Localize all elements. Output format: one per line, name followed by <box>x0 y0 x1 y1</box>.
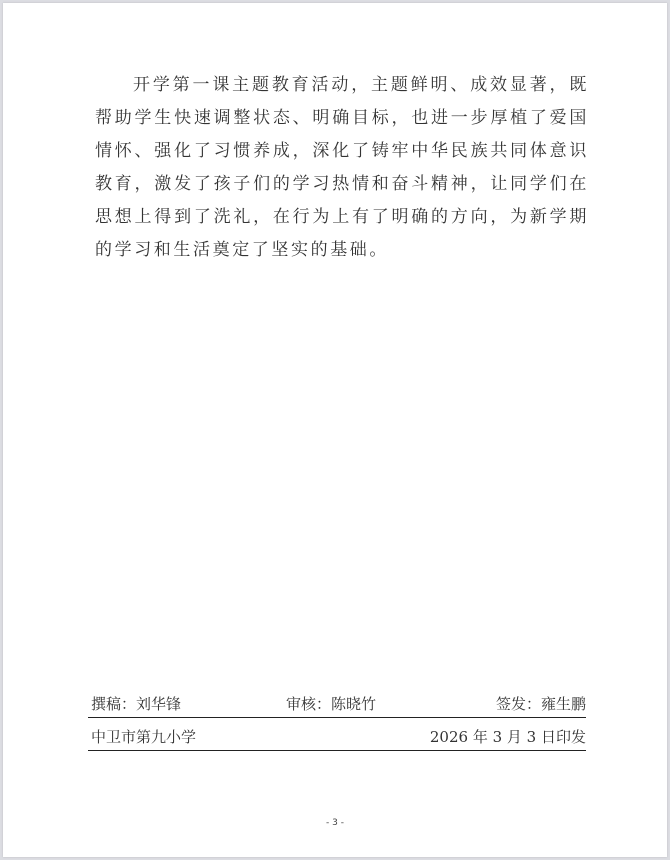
issuer-label: 签发：雍生鹏 <box>496 693 586 714</box>
organization-name: 中卫市第九小学 <box>88 726 196 747</box>
issuance-row: 中卫市第九小学 2026 年 3 月 3 日印发 <box>88 725 586 751</box>
reviewer-label: 审核：陈晓竹 <box>286 693 376 714</box>
signature-row: 撰稿：刘华锋 审核：陈晓竹 签发：雍生鹏 <box>88 692 586 718</box>
body-paragraph: 开学第一课主题教育活动，主题鲜明、成效显著，既帮助学生快速调整状态、明确目标，也… <box>95 69 589 267</box>
print-date: 2026 年 3 月 3 日印发 <box>430 726 586 747</box>
drafter-label: 撰稿：刘华锋 <box>88 693 181 714</box>
page-number: - 3 - <box>0 818 670 828</box>
